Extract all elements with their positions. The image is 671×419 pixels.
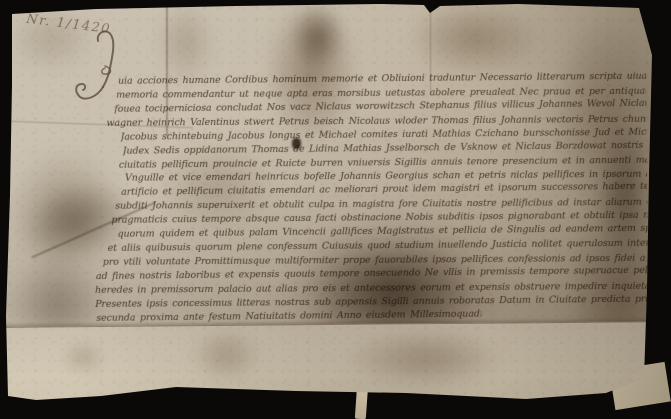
folio-number: 1 [645,21,656,37]
parchment-document: Nr. 1/1420 1 uia acciones humane Cordibu… [6,4,656,408]
photograph-of-charter: Nr. 1/1420 1 uia acciones humane Cordibu… [0,0,671,419]
stain [408,0,543,78]
manuscript-text-block: uia acciones humane Cordibus hominum mem… [90,71,648,332]
stain [290,4,345,70]
plica-fold [0,321,664,419]
